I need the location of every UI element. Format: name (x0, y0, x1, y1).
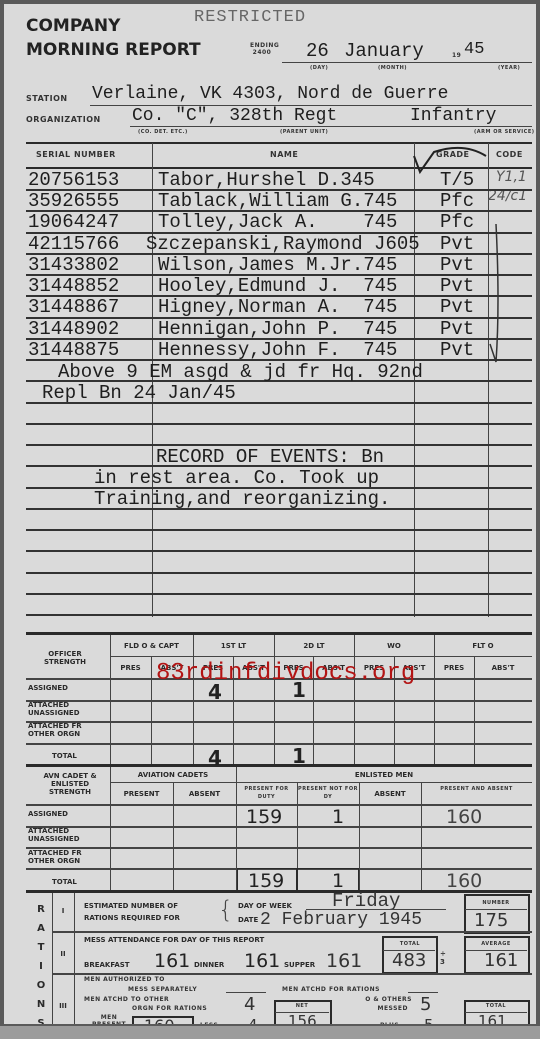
side-letter: R (34, 900, 48, 919)
rule (26, 572, 532, 574)
org-caption-arm: (ARM OR SERVICE) (474, 129, 535, 135)
enlisted-strength-title: AVN CADET & ENLISTED STRENGTH (32, 772, 108, 796)
auth-underline (226, 992, 266, 993)
enlisted-row-attached-other: ATTACHED FR OTHER ORGN (28, 849, 102, 865)
atchd-for-rations-label: MEN ATCHD FOR RATIONS (282, 986, 380, 993)
soldier-name: Hooley,Edmund J. 745 (158, 275, 397, 297)
events-line2: in rest area. Co. Took up (94, 467, 379, 489)
less-label: LESS (200, 1022, 218, 1024)
less-value: 4 (248, 1016, 258, 1024)
ending-label: ENDING 2400 (250, 42, 274, 56)
2d-lt-total-present: 1 (292, 744, 306, 768)
side-letter: N (34, 995, 48, 1014)
officer-row-assigned: ASSIGNED (28, 684, 68, 692)
enlisted-group-rule (110, 782, 532, 783)
rule (26, 423, 532, 425)
total-not-duty-box (297, 868, 359, 892)
subcol-present: PRESENT (110, 790, 173, 798)
org-caption-unit: (CO. DET. ETC.) (138, 129, 188, 135)
report-day: 26 (306, 40, 329, 62)
serial-number: 20756153 (28, 169, 119, 191)
report-year: 45 (464, 40, 484, 59)
rule (26, 550, 532, 552)
subcol-abst: ABS'T (474, 664, 532, 672)
enlisted-col (110, 767, 111, 891)
side-letter: S (34, 1014, 48, 1024)
number-value: 175 (474, 910, 508, 931)
officer-group-flt-o: FLT O (434, 642, 532, 650)
date-underline (282, 62, 532, 63)
dinner-value: 161 (244, 950, 280, 972)
side-letter: A (34, 919, 48, 938)
total-present-and-absent: 160 (446, 870, 482, 892)
handwritten-bracket-mark (404, 144, 514, 374)
rule (26, 614, 532, 616)
divide-by-three: ÷ 3 (440, 950, 450, 966)
officer-col (474, 656, 475, 765)
breakfast-label: BREAKFAST (84, 961, 130, 969)
col-serial-header: SERIAL NUMBER (36, 150, 116, 159)
rations-side-label: R A T I O N S (34, 900, 48, 1024)
officer-col (151, 656, 152, 765)
assigned-present-for-duty: 159 (246, 806, 282, 828)
serial-number: 19064247 (28, 211, 119, 233)
date-label: DATE (238, 916, 258, 924)
subcol-pres: PRES (110, 664, 151, 672)
mess-total-label: TOTAL (384, 941, 436, 947)
year-caption: (YEAR) (498, 65, 520, 71)
breakfast-value: 161 (154, 950, 190, 972)
men-present-value: 160 (144, 1016, 175, 1024)
brace-icon: { (218, 896, 233, 924)
enlisted-row-attached-unassigned: ATTACHED UNASSIGNED (28, 827, 92, 843)
rations-col (74, 893, 75, 1024)
officer-row-total: TOTAL (52, 752, 77, 760)
auth-mess-line1: MEN AUTHORIZED TO (84, 976, 165, 983)
mess-attendance-label: MESS ATTENDANCE FOR DAY OF THIS REPORT (84, 936, 264, 944)
average-value: 161 (484, 950, 518, 971)
report-month: January (344, 40, 424, 62)
section-i-roman: I (54, 907, 72, 915)
day-caption: (DAY) (310, 65, 328, 71)
organization-unit: Co. "C", 328th Regt (132, 106, 337, 126)
serial-number: 31448875 (28, 339, 119, 361)
total-present-not-for-duty: 1 (332, 870, 344, 892)
subcol-present-not-for-duty: PRESENT NOT FOR DY (297, 785, 359, 801)
section-rule (52, 931, 532, 933)
date-value: 2 February 1945 (260, 910, 422, 930)
atchd-for-underline (408, 992, 438, 993)
others-line1: O & OTHERS (344, 996, 412, 1003)
scan-bottom-edge (0, 1026, 540, 1039)
number-label: NUMBER (466, 900, 526, 906)
subcol-present-for-duty: PRESENT FOR DUTY (236, 785, 297, 801)
side-letter: I (34, 957, 48, 976)
serial-number: 35926555 (28, 190, 119, 212)
officer-group-fld-o-capt: FLD O & CAPT (110, 642, 193, 650)
enlisted-col (359, 782, 360, 891)
plus-label: PLUS (380, 1022, 399, 1024)
soldier-name: Hennigan,John P. 745 (158, 318, 397, 340)
section-rule (52, 973, 532, 975)
net-label: NET (274, 1003, 330, 1009)
rations-total-value: 161 (478, 1012, 507, 1024)
serial-number: 31448902 (28, 318, 119, 340)
auth-mess-line2: MESS SEPARATELY (128, 986, 197, 993)
others-messed-value: 5 (420, 994, 431, 1015)
rule (26, 529, 532, 531)
officer-table-top (26, 632, 532, 635)
serial-number: 31433802 (28, 254, 119, 276)
others-line2: MESSED (344, 1005, 408, 1012)
plus-value: 5 (424, 1016, 434, 1024)
officer-group-1st-lt: 1ST LT (193, 642, 274, 650)
officer-group-2d-lt: 2D LT (274, 642, 354, 650)
subcol-present-and-absent: PRESENT AND ABSENT (421, 785, 532, 793)
serial-number: 31448867 (28, 296, 119, 318)
roster-remark-line2: Repl Bn 24 Jan/45 (42, 382, 236, 404)
organization-arm: Infantry (410, 106, 496, 126)
soldier-name: Wilson,James M.Jr.745 (158, 254, 397, 276)
rations-total-label: TOTAL (466, 1003, 526, 1009)
side-letter: T (34, 938, 48, 957)
organization-label: ORGANIZATION (26, 115, 101, 124)
section-i-label1: ESTIMATED NUMBER OF (84, 902, 178, 910)
section-ii-roman: II (54, 950, 72, 958)
assigned-present-and-absent: 160 (446, 806, 482, 828)
enlisted-group-enlisted-men: ENLISTED MEN (236, 771, 532, 779)
total-present-for-duty: 159 (248, 870, 284, 892)
side-letter: O (34, 976, 48, 995)
enlisted-col (173, 782, 174, 891)
officer-row-rule (26, 743, 532, 745)
officer-group-wo: WO (354, 642, 434, 650)
morning-report-page: RESTRICTED COMPANY MORNING REPORT ENDING… (4, 4, 536, 1024)
subcol-absent-em: ABSENT (359, 790, 421, 798)
enlisted-row-assigned: ASSIGNED (28, 810, 68, 818)
enlisted-row-total: TOTAL (52, 878, 77, 886)
section-iii-roman: III (54, 1002, 72, 1010)
officer-table-bottom (26, 764, 532, 767)
men-present-label: MEN PRESENT (92, 1014, 126, 1024)
net-value: 156 (288, 1012, 317, 1024)
mess-total-value: 483 (392, 950, 426, 971)
soldier-name: Higney,Norman A. 745 (158, 296, 397, 318)
section-i-label2: RATIONS REQUIRED FOR (84, 914, 180, 922)
form-title-line1: COMPANY (26, 16, 120, 36)
events-line1: RECORD OF EVENTS: Bn (156, 446, 384, 468)
station-label: STATION (26, 94, 68, 103)
atchd-to-other-line2: ORGN FOR RATIONS (132, 1005, 207, 1012)
1st-lt-total-present: 4 (208, 746, 222, 770)
soldier-name: Szczepanski,Raymond J605 (146, 233, 420, 255)
org-caption-parent: (PARENT UNIT) (280, 129, 328, 135)
enlisted-group-aviation-cadets: AVIATION CADETS (110, 771, 236, 779)
dinner-label: DINNER (194, 961, 224, 969)
organization-underline (130, 126, 532, 127)
month-caption: (MONTH) (378, 65, 407, 71)
rations-col (52, 893, 53, 1024)
website-watermark: 83rdinfdivdocs.org (156, 660, 415, 687)
assigned-present-not-for-duty: 1 (332, 806, 344, 828)
subcol-pres: PRES (434, 664, 474, 672)
atchd-to-other-line1: MEN ATCHD TO OTHER (84, 996, 169, 1003)
form-title-line2: MORNING REPORT (26, 40, 201, 60)
col-name-header: NAME (270, 150, 298, 159)
enlisted-col (421, 782, 422, 891)
serial-number: 42115766 (28, 233, 119, 255)
soldier-name: Hennessy,John F. 745 (158, 339, 397, 361)
subcol-absent: ABSENT (173, 790, 236, 798)
soldier-name: Tabor,Hurshel D.345 (158, 169, 375, 191)
station-value: Verlaine, VK 4303, Nord de Guerre (92, 84, 448, 104)
events-line3: Training,and reorganizing. (94, 488, 390, 510)
officer-strength-title: OFFICER STRENGTH (30, 650, 100, 666)
serial-number: 31448852 (28, 275, 119, 297)
restricted-stamp: RESTRICTED (194, 8, 306, 27)
atchd-to-other-value: 4 (244, 994, 255, 1015)
average-label: AVERAGE (466, 941, 526, 947)
year-prefix: 19 (452, 52, 461, 59)
supper-label: SUPPER (284, 961, 315, 969)
supper-value: 161 (326, 950, 362, 972)
day-of-week-label: DAY OF WEEK (238, 902, 292, 910)
rule (26, 593, 532, 595)
roster-remark-line1: Above 9 EM asgd & jd fr Hq. 92nd (58, 361, 423, 383)
officer-row-attached-other: ATTACHED FR OTHER ORGN (28, 722, 102, 738)
officer-group-rule (110, 656, 532, 657)
officer-row-rule (26, 700, 532, 702)
soldier-name: Tolley,Jack A. 745 (158, 211, 397, 233)
soldier-name: Tablack,William G.745 (158, 190, 397, 212)
officer-row-attached-unassigned: ATTACHED UNASSIGNED (28, 701, 92, 717)
